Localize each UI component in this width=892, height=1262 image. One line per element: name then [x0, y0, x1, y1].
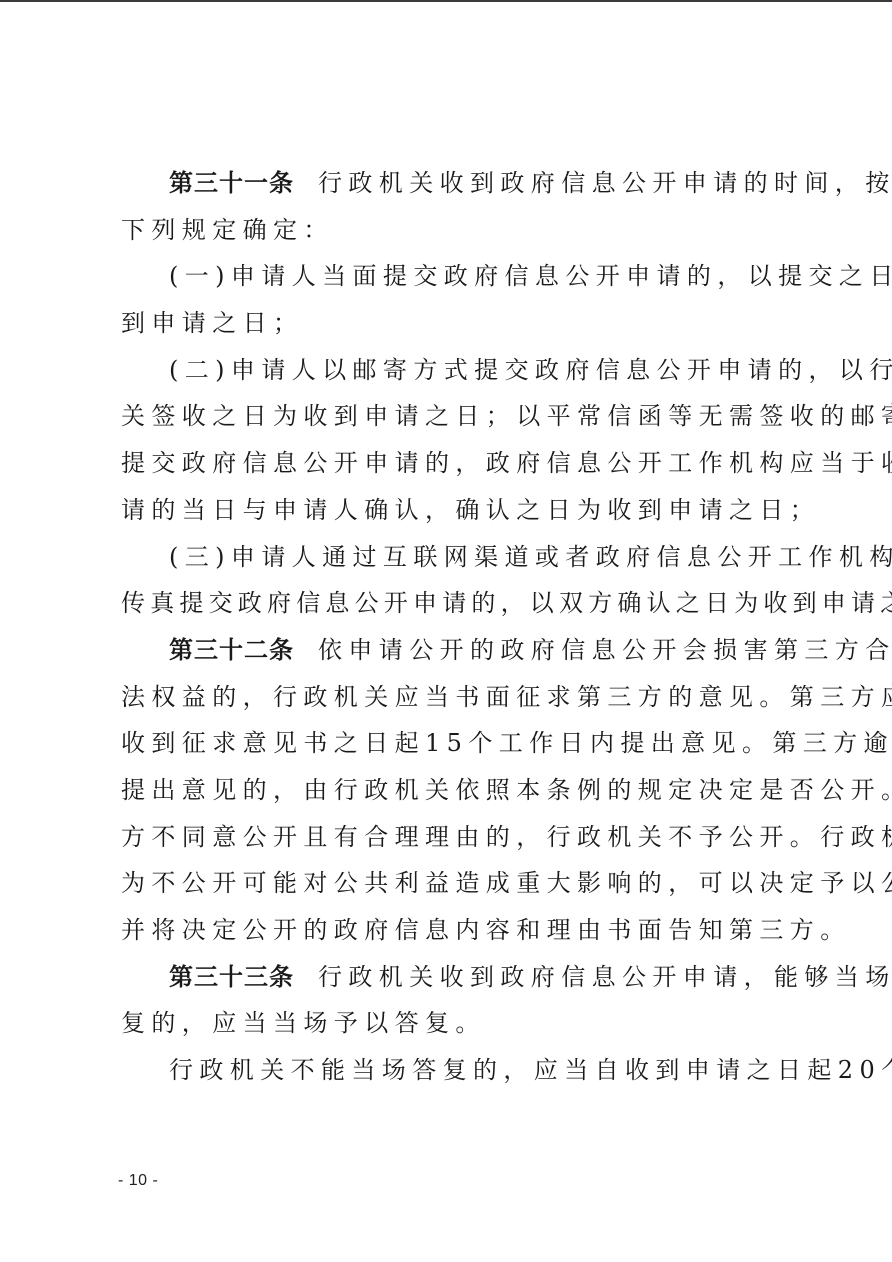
article-32-line-6: 为不公开可能对公共利益造成重大影响的，可以决定予以公开，: [121, 860, 786, 907]
article-31-line-1: 第三十一条行政机关收到政府信息公开申请的时间，按照: [121, 160, 786, 207]
document-page-body: 第三十一条行政机关收到政府信息公开申请的时间，按照 下列规定确定： (一)申请人…: [121, 160, 786, 1094]
article-31-heading: 第三十一条: [169, 169, 294, 197]
article-31-item-2-line-3: 提交政府信息公开申请的，政府信息公开工作机构应当于收到申: [121, 440, 786, 487]
article-33-heading: 第三十三条: [169, 963, 294, 991]
article-32-line-5: 方不同意公开且有合理理由的，行政机关不予公开。行政机关认: [121, 814, 786, 861]
page-top-border: [0, 0, 892, 2]
article-32-line-1: 第三十二条依申请公开的政府信息公开会损害第三方合: [121, 627, 786, 674]
article-32-line-2: 法权益的，行政机关应当书面征求第三方的意见。第三方应当自: [121, 674, 786, 721]
article-31-item-3-line-1: (三)申请人通过互联网渠道或者政府信息公开工作机构的: [121, 534, 786, 581]
article-31-item-2-line-2: 关签收之日为收到申请之日；以平常信函等无需签收的邮寄方式: [121, 393, 786, 440]
article-32-heading: 第三十二条: [169, 636, 294, 664]
article-33-text: 行政机关收到政府信息公开申请，能够当场答: [318, 963, 892, 991]
article-32-line-7: 并将决定公开的政府信息内容和理由书面告知第三方。: [121, 907, 786, 954]
article-33-line-2: 复的，应当当场予以答复。: [121, 1000, 786, 1047]
page-number: - 10 -: [118, 1172, 158, 1190]
article-31-item-1-line-2: 到申请之日；: [121, 300, 786, 347]
article-32-text: 依申请公开的政府信息公开会损害第三方合: [318, 636, 892, 664]
article-32-line-3: 收到征求意见书之日起15个工作日内提出意见。第三方逾期未: [121, 720, 786, 767]
article-31-item-3-line-2: 传真提交政府信息公开申请的，以双方确认之日为收到申请之日。: [121, 580, 786, 627]
article-31-line-2: 下列规定确定：: [121, 207, 786, 254]
article-31-item-2-line-4: 请的当日与申请人确认，确认之日为收到申请之日；: [121, 487, 786, 534]
article-32-line-4: 提出意见的，由行政机关依照本条例的规定决定是否公开。第三: [121, 767, 786, 814]
article-33-paragraph-2-line-1: 行政机关不能当场答复的，应当自收到申请之日起20个工: [121, 1047, 786, 1094]
article-31-item-1-line-1: (一)申请人当面提交政府信息公开申请的，以提交之日为收: [121, 253, 786, 300]
article-31-item-2-line-1: (二)申请人以邮寄方式提交政府信息公开申请的，以行政机: [121, 347, 786, 394]
article-31-text: 行政机关收到政府信息公开申请的时间，按照: [318, 169, 892, 197]
article-33-line-1: 第三十三条行政机关收到政府信息公开申请，能够当场答: [121, 954, 786, 1001]
